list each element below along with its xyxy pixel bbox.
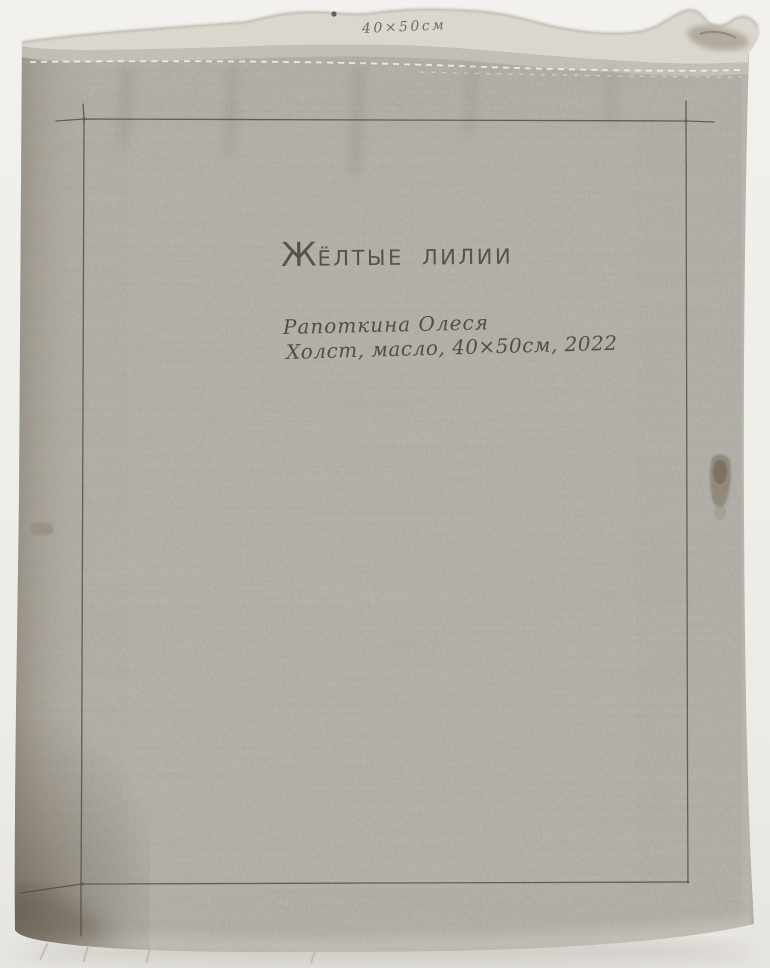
right-edge-stain-tail: [714, 504, 726, 520]
title-handwriting: ЖЁЛТЫЕ ЛИЛИИ: [281, 236, 513, 271]
canvas-back-illustration: [0, 0, 770, 968]
title-rest: ЁЛТЫЕ ЛИЛИИ: [317, 245, 513, 271]
canvas-back-photo: 40×50см ЖЁЛТЫЕ ЛИЛИИ Рапоткина Олеся Хол…: [0, 0, 770, 968]
right-edge-stain-core: [713, 460, 727, 484]
title-initial-letter: Ж: [281, 235, 318, 274]
fabric-texture: [0, 0, 770, 968]
left-small-stain: [30, 523, 53, 535]
top-edge-speck: [331, 11, 336, 16]
